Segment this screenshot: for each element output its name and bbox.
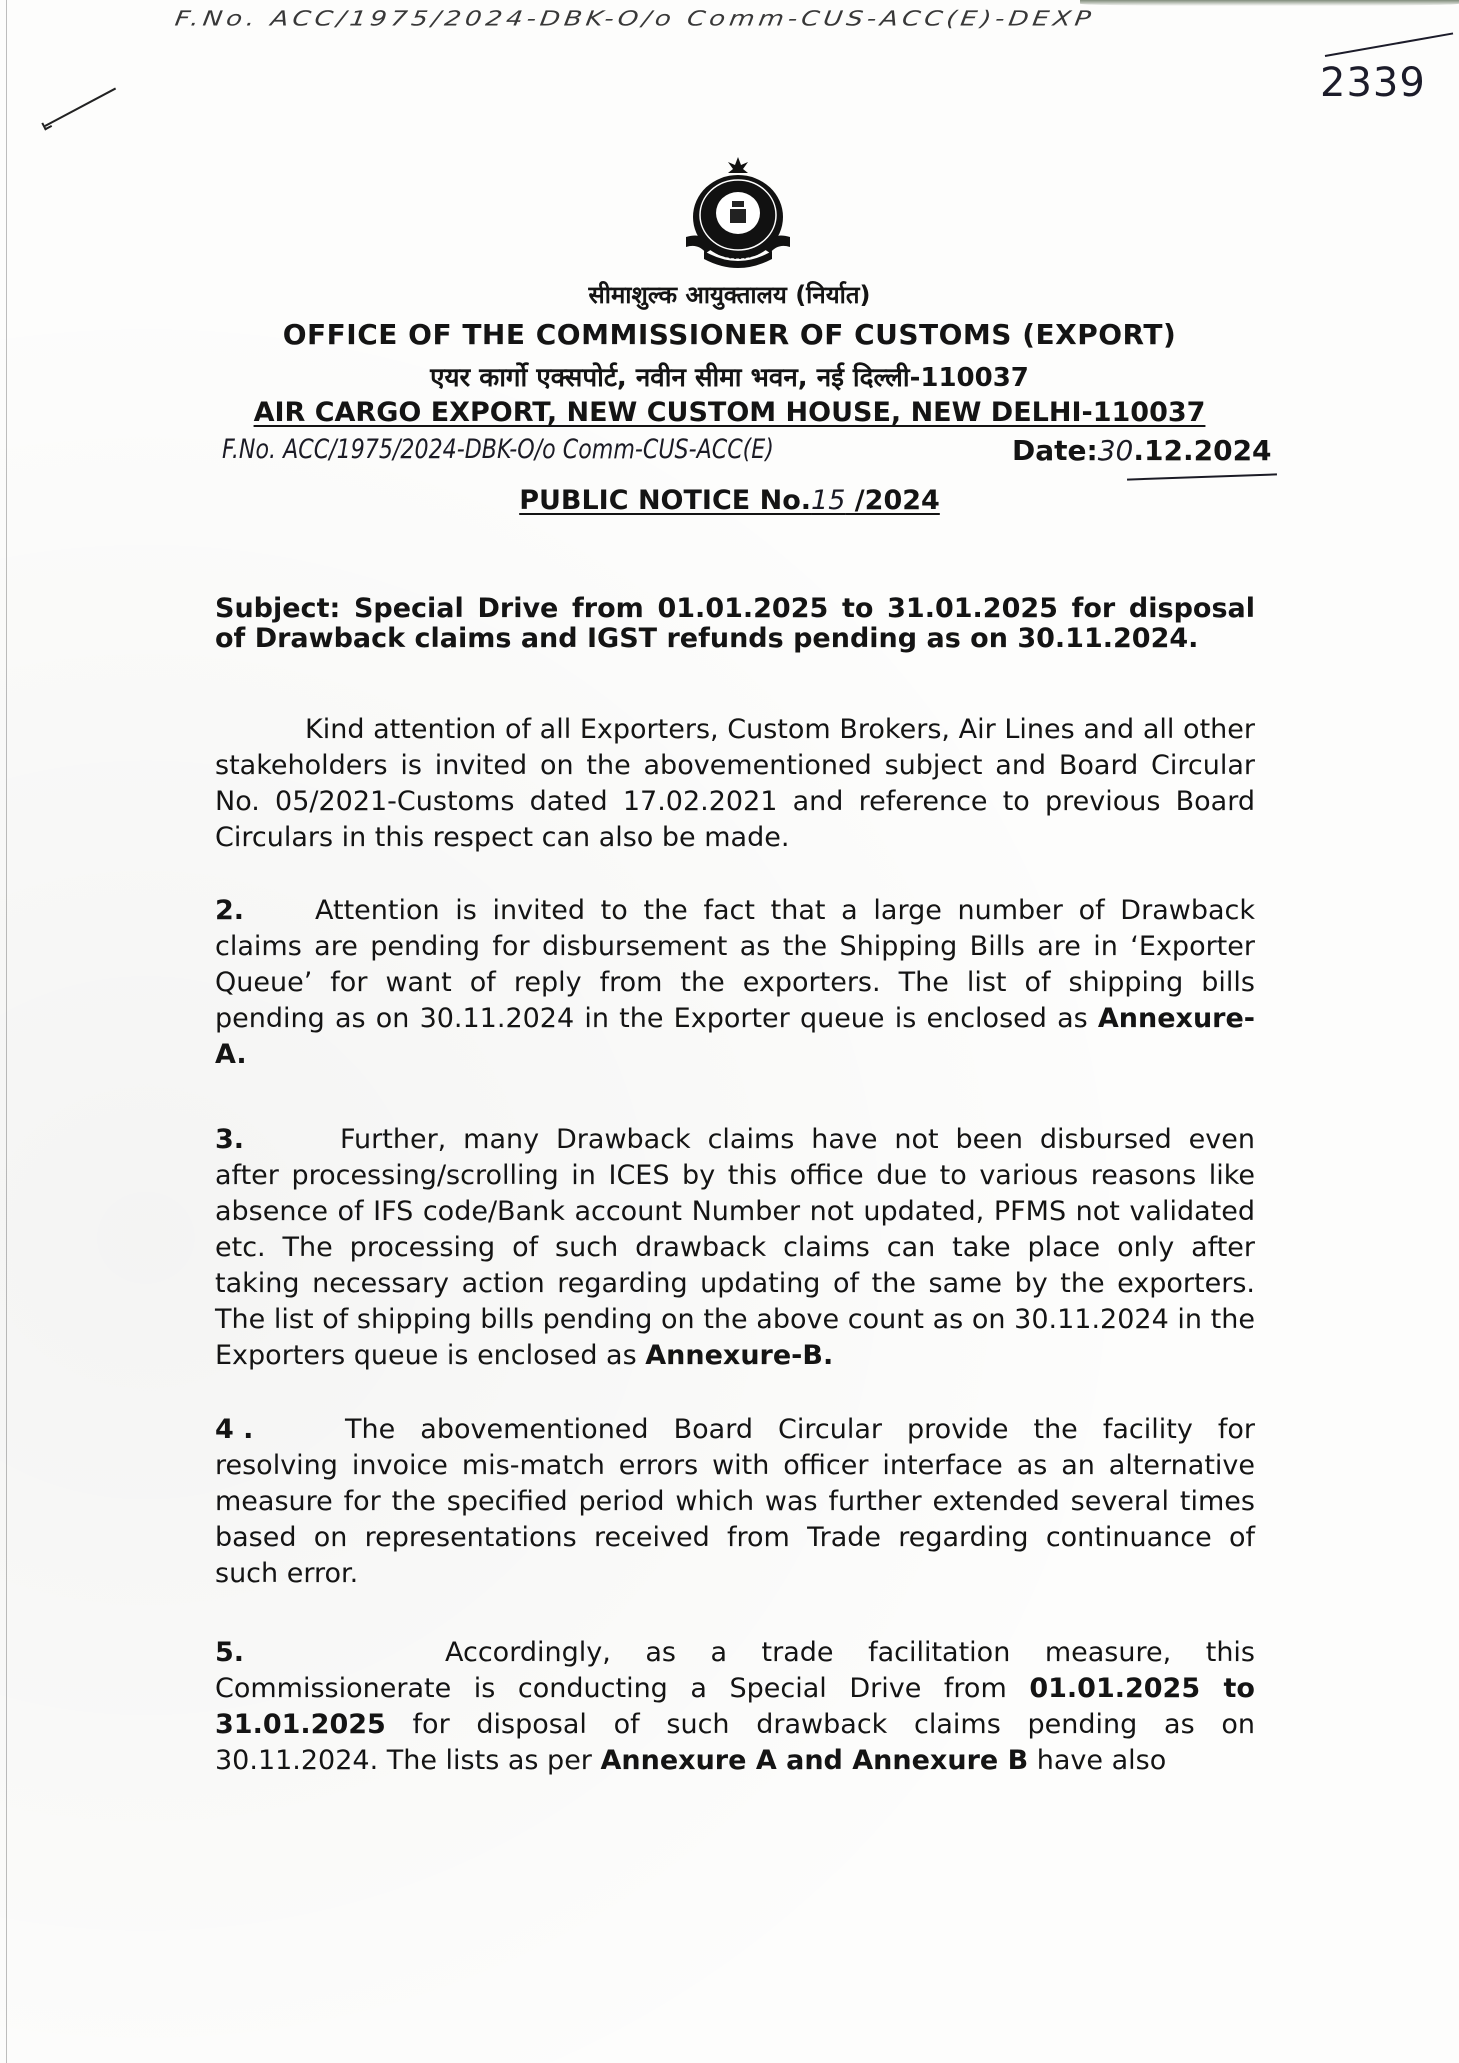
file-number: F.No. ACC/1975/2024-DBK-O/o Comm-CUS-ACC… xyxy=(222,434,774,465)
date-label: Date: xyxy=(1012,434,1098,467)
paragraph-text: Further, many Drawback claims have not b… xyxy=(215,1124,1255,1371)
paragraph-2: 2.Attention is invited to the fact that … xyxy=(215,893,1255,1073)
paragraph-4: 4 .The abovementioned Board Circular pro… xyxy=(215,1412,1255,1592)
annexure-b-reference: Annexure-B. xyxy=(645,1340,833,1371)
paragraph-text: have also xyxy=(1028,1745,1166,1776)
tick-mark-icon xyxy=(45,88,117,127)
paragraph-3: 3.Further, many Drawback claims have not… xyxy=(215,1122,1255,1374)
paragraph-intro-text: Kind attention of all Exporters, Custom … xyxy=(215,714,1255,853)
subject-line: Subject: Special Drive from 01.01.2025 t… xyxy=(215,594,1255,654)
office-address: AIR CARGO EXPORT, NEW CUSTOM HOUSE, NEW … xyxy=(0,397,1459,428)
date-day-handwritten: 30 xyxy=(1098,434,1134,467)
notice-date: Date:30.12.2024 xyxy=(1012,434,1272,467)
public-notice-title: PUBLIC NOTICE No.15 /2024 xyxy=(0,485,1459,516)
hindi-office-address: एयर कार्गो एक्सपोर्ट, नवीन सीमा भवन, नई … xyxy=(0,358,1459,394)
annexure-references: Annexure A and Annexure B xyxy=(601,1745,1029,1776)
file-date-row: F.No. ACC/1975/2024-DBK-O/o Comm-CUS-ACC… xyxy=(222,432,1262,472)
handwritten-underline xyxy=(1127,473,1277,480)
handwritten-file-reference: F.No. ACC/1975/2024-DBK-O/o Comm-CUS-ACC… xyxy=(173,7,1096,31)
paragraph-number: 5. xyxy=(215,1635,445,1671)
paragraph-intro: Kind attention of all Exporters, Custom … xyxy=(215,712,1255,856)
scan-shadow xyxy=(1080,0,1459,6)
handwritten-rule xyxy=(1325,32,1453,57)
notice-number-handwritten: 15 xyxy=(811,485,845,516)
paragraph-number: 2. xyxy=(215,893,315,929)
office-title: OFFICE OF THE COMMISSIONER OF CUSTOMS (E… xyxy=(0,318,1459,351)
paragraph-number: 3. xyxy=(215,1122,340,1158)
notice-year: /2024 xyxy=(845,485,939,516)
handwritten-reference-number: 2339 xyxy=(1320,60,1426,106)
customs-emblem-icon xyxy=(678,155,798,275)
notice-prefix: PUBLIC NOTICE No. xyxy=(519,485,811,516)
paragraph-5: 5.Accordingly, as a trade facilitation m… xyxy=(215,1635,1255,1779)
hindi-office-title: सीमाशुल्क आयुक्तालय (निर्यात) xyxy=(0,278,1459,311)
paragraph-number: 4 . xyxy=(215,1412,345,1448)
paragraph-text: The abovementioned Board Circular provid… xyxy=(215,1414,1255,1589)
date-month-year: .12.2024 xyxy=(1133,434,1271,467)
